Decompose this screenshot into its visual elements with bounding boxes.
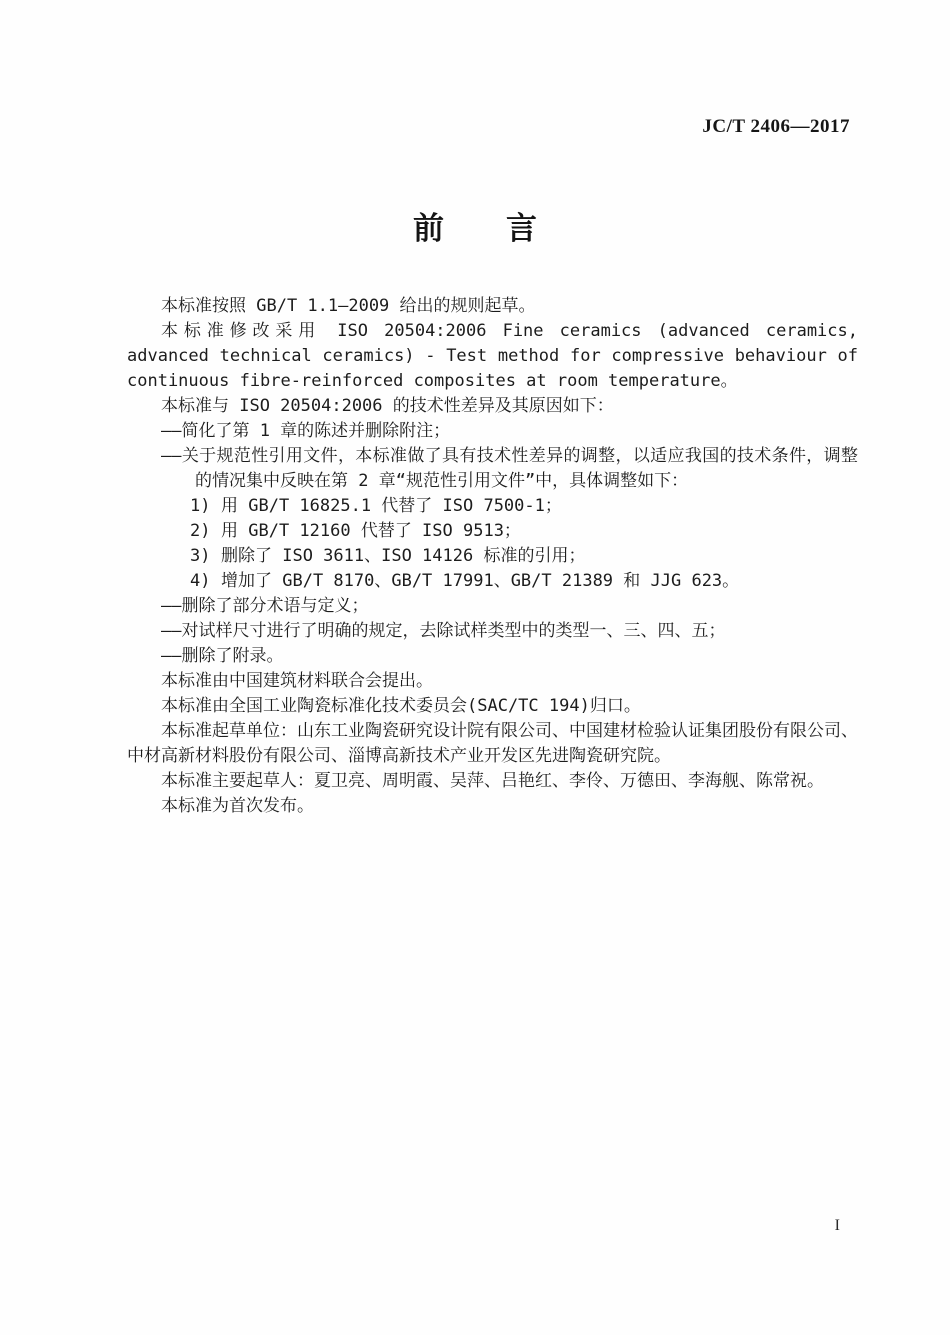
- foreword-body: 本标准按照 GB/T 1.1—2009 给出的规则起草。 本标准修改采用 ISO…: [127, 294, 858, 819]
- dash-item: ——删除了部分术语与定义；: [127, 594, 858, 619]
- standard-code: JC/T 2406—2017: [702, 116, 850, 138]
- dash-item: ——关于规范性引用文件，本标准做了具有技术性差异的调整，以适应我国的技术条件，调…: [127, 444, 858, 494]
- paragraph: 本标准起草单位：山东工业陶瓷研究设计院有限公司、中国建材检验认证集团股份有限公司…: [127, 719, 858, 769]
- paragraph: 本标准按照 GB/T 1.1—2009 给出的规则起草。: [127, 294, 858, 319]
- numbered-item: 2)用 GB/T 12160 代替了 ISO 9513；: [127, 519, 858, 544]
- paragraph: 本标准由中国建筑材料联合会提出。: [127, 669, 858, 694]
- paragraph: 本标准主要起草人：夏卫亮、周明霞、吴萍、吕艳红、李伶、万德田、李海舰、陈常祝。: [127, 769, 858, 794]
- list-item-number: 3): [190, 544, 221, 569]
- paragraph: 本标准由全国工业陶瓷标准化技术委员会(SAC/TC 194)归口。: [127, 694, 858, 719]
- paragraph: 本标准为首次发布。: [127, 794, 858, 819]
- dash-item: ——对试样尺寸进行了明确的规定，去除试样类型中的类型一、三、四、五；: [127, 619, 858, 644]
- document-page: JC/T 2406—2017 前 言 本标准按照 GB/T 1.1—2009 给…: [0, 0, 950, 1335]
- numbered-item: 4)增加了 GB/T 8170、GB/T 17991、GB/T 21389 和 …: [127, 569, 858, 594]
- numbered-item: 1)用 GB/T 16825.1 代替了 ISO 7500-1；: [127, 494, 858, 519]
- list-item-text: 删除了 ISO 3611、ISO 14126 标准的引用；: [221, 546, 585, 566]
- paragraph: 本标准修改采用 ISO 20504:2006 Fine ceramics (ad…: [127, 319, 858, 394]
- list-item-text: 用 GB/T 16825.1 代替了 ISO 7500-1；: [221, 496, 562, 516]
- dash-item: ——删除了附录。: [127, 644, 858, 669]
- list-item-number: 4): [190, 569, 221, 594]
- dash-item: ——简化了第 1 章的陈述并删除附注；: [127, 419, 858, 444]
- list-item-text: 增加了 GB/T 8170、GB/T 17991、GB/T 21389 和 JJ…: [221, 571, 739, 591]
- numbered-item: 3)删除了 ISO 3611、ISO 14126 标准的引用；: [127, 544, 858, 569]
- paragraph: 本标准与 ISO 20504:2006 的技术性差异及其原因如下：: [127, 394, 858, 419]
- list-item-number: 1): [190, 494, 221, 519]
- page-title: 前 言: [0, 203, 950, 248]
- list-item-text: 用 GB/T 12160 代替了 ISO 9513；: [221, 521, 521, 541]
- page-number: I: [835, 1217, 840, 1235]
- list-item-number: 2): [190, 519, 221, 544]
